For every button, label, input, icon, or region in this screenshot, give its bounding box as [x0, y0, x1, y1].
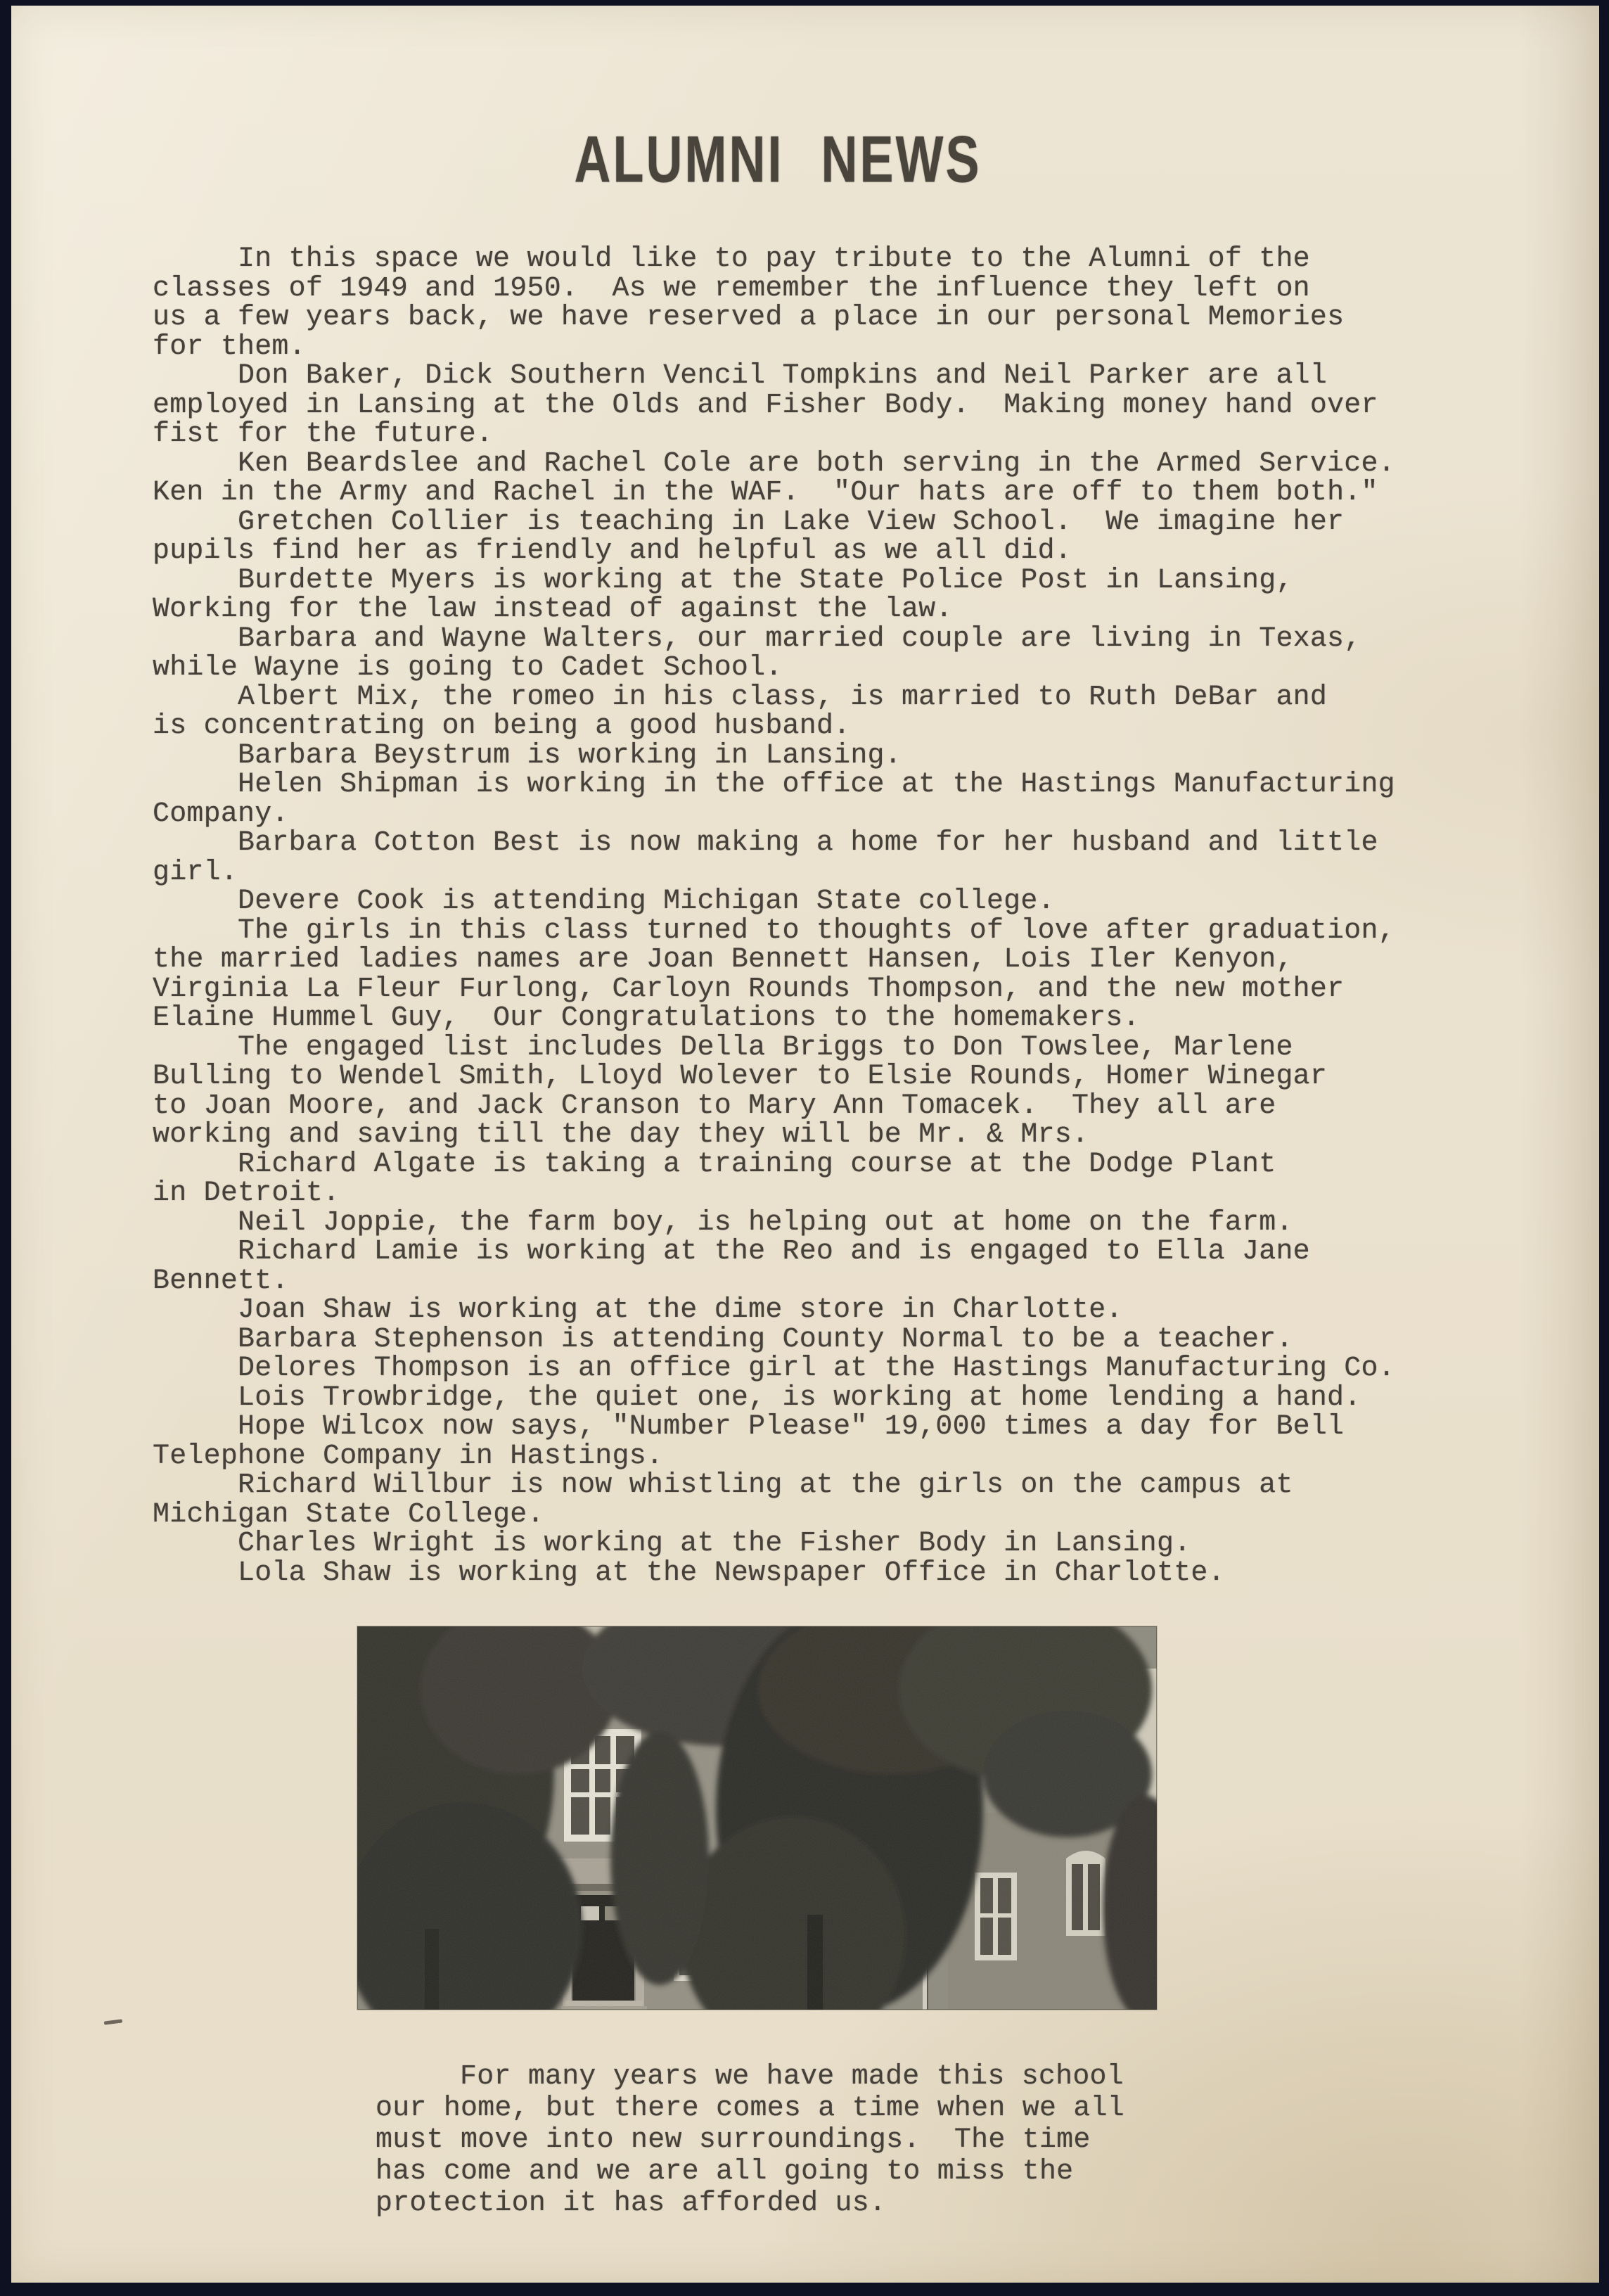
paragraph: Richard Algate is taking a training cour…	[153, 1150, 1440, 1208]
paragraph: Barbara Stephenson is attending County N…	[153, 1325, 1440, 1355]
paper-sheet: ALUMNI NEWS In this space we would like …	[11, 6, 1599, 2283]
paragraph: The girls in this class turned to though…	[153, 917, 1440, 1033]
paragraph: Don Baker, Dick Southern Vencil Tompkins…	[153, 362, 1440, 449]
school-building-photo	[357, 1626, 1157, 2010]
paragraph: Lois Trowbridge, the quiet one, is worki…	[153, 1384, 1440, 1413]
paragraph: Gretchen Collier is teaching in Lake Vie…	[153, 508, 1440, 566]
scanned-yearbook-page: ALUMNI NEWS In this space we would like …	[0, 0, 1609, 2296]
closing-paragraph: For many years we have made this school …	[376, 2061, 1191, 2219]
paragraph: Burdette Myers is working at the State P…	[153, 566, 1440, 625]
paragraph: In this space we would like to pay tribu…	[153, 245, 1440, 362]
page-title: ALUMNI NEWS	[0, 122, 1572, 198]
paragraph: Neil Joppie, the farm boy, is helping ou…	[153, 1208, 1440, 1238]
paragraph: Charles Wright is working at the Fisher …	[153, 1529, 1440, 1559]
paragraph: Delores Thompson is an office girl at th…	[153, 1354, 1440, 1384]
paragraph: Hope Wilcox now says, "Number Please" 19…	[153, 1412, 1440, 1471]
paragraph: Helen Shipman is working in the office a…	[153, 770, 1440, 829]
alumni-news-body: In this space we would like to pay tribu…	[153, 245, 1440, 1588]
paragraph: The engaged list includes Della Briggs t…	[153, 1033, 1440, 1150]
paragraph: Barbara and Wayne Walters, our married c…	[153, 625, 1440, 683]
paragraph: Ken Beardslee and Rachel Cole are both s…	[153, 449, 1440, 508]
paragraph: Albert Mix, the romeo in his class, is m…	[153, 683, 1440, 741]
paragraph: Barbara Beystrum is working in Lansing.	[153, 741, 1440, 771]
paragraph: Lola Shaw is working at the Newspaper Of…	[153, 1559, 1440, 1588]
paragraph: Devere Cook is attending Michigan State …	[153, 887, 1440, 917]
paragraph: Barbara Cotton Best is now making a home…	[153, 829, 1440, 887]
scan-artifact-dash	[104, 2019, 122, 2024]
paragraph: Richard Willbur is now whistling at the …	[153, 1471, 1440, 1529]
paragraph: Richard Lamie is working at the Reo and …	[153, 1237, 1440, 1296]
paragraph: Joan Shaw is working at the dime store i…	[153, 1296, 1440, 1325]
